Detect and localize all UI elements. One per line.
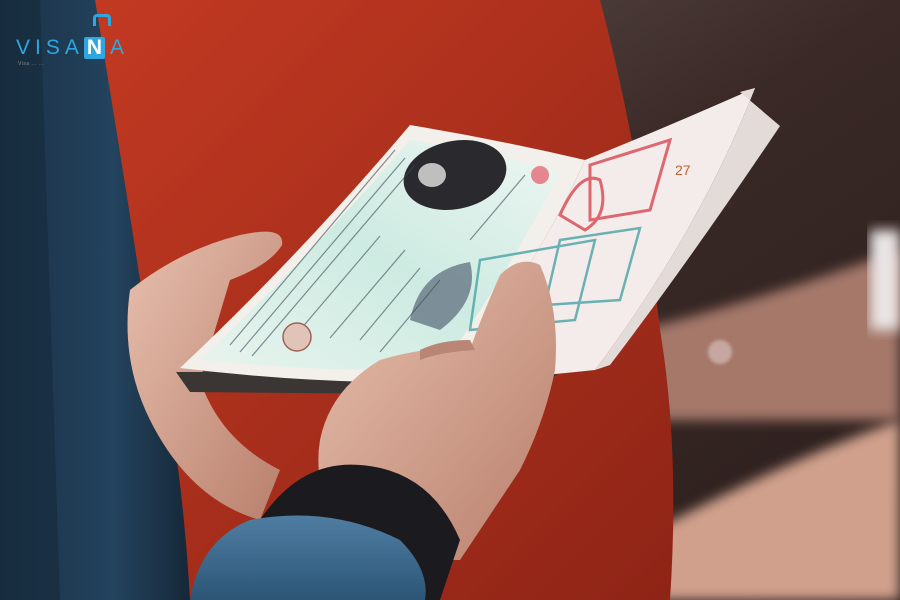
photo-scene: 27 VISANA Visa ... ... [0, 0, 900, 600]
logo-wordmark: VISANA [16, 36, 129, 60]
brand-logo[interactable]: VISANA Visa ... ... [16, 12, 132, 62]
luggage-handle-icon [93, 14, 111, 26]
passport-photo: 27 [0, 0, 900, 600]
svg-text:27: 27 [675, 162, 691, 178]
logo-prefix: VISA [16, 36, 84, 59]
logo-suffix: A [110, 36, 129, 59]
logo-highlight: N [84, 37, 105, 59]
logo-tagline: Visa ... ... [18, 61, 45, 67]
